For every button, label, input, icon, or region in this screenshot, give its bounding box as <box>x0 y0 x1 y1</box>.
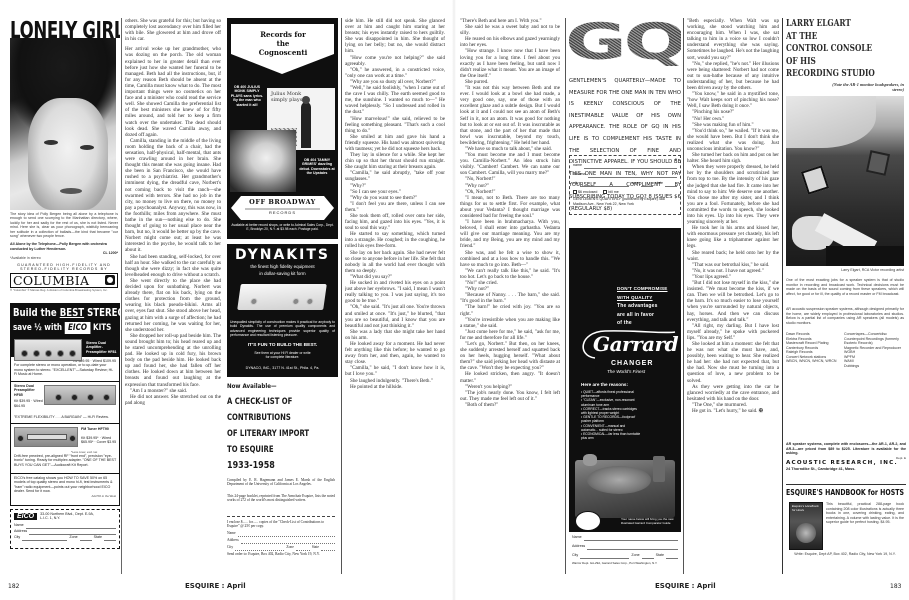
dynakits-tagline-2: in dollar-saving kit form <box>227 271 338 276</box>
end-of-story-icon: ✠ <box>759 408 763 414</box>
checklist-order-text: I enclose $...... for...... copies of th… <box>227 520 335 529</box>
garrard-logo: Garrard <box>575 328 679 360</box>
dynakits-address: DYNACO, INC., 3177 N. 41st St., Phila. 4… <box>227 366 338 370</box>
garrard-address-field[interactable]: Address <box>572 544 678 550</box>
ar-company: ACOUSTIC RESEARCH, INC. <box>786 460 906 466</box>
garrard-ad: DON'T COMPROMISE WITH QUALITY The advant… <box>569 228 681 574</box>
footer-magazine-right: ESQUIRE : April <box>655 582 755 592</box>
checklist-send-to: Send order to: Esquire, Box 402, Radio C… <box>227 552 335 556</box>
garrard-reason: • CONVENIENT—manual and automatic... sui… <box>581 424 643 432</box>
eico-hf81-desc: For complete stereo or mono operation, o… <box>14 363 116 376</box>
handbook-order: Write: Esquire, Dept AP, Box 402, Radio … <box>786 552 904 557</box>
checklist-kicker: Now Available— <box>227 382 321 390</box>
columbia-album-title: All Alone by the Telephone—Polly Bergen … <box>10 242 118 251</box>
page-182: LONELY GIRL The story idea of Polly Berg… <box>0 0 454 600</box>
ar-speaker-right <box>866 150 890 176</box>
ar-headline: LARRY ELGART AT THE CONTROL CONSOLE OF H… <box>786 18 882 81</box>
garrard-reasons-title: Here are the reasons: <box>581 382 628 387</box>
end-mark: He got in. "Let's hurry," he said. ✠ <box>687 408 779 414</box>
ar-subhead: (Note the AR-1 monitor loudspeakers, in … <box>826 82 904 92</box>
ar-speaker-left <box>801 165 829 195</box>
gq-subscription-coupon[interactable]: F name address cityzonestate $6 enclosed… <box>569 155 681 215</box>
checklist-title: A CHECK-LIST OF CONTRIBUTIONS OF LITERAR… <box>227 394 316 474</box>
eico-subheadline: save ½ with EICO KITS <box>13 323 101 333</box>
garrard-reasons-list: • QUIET—affords finest professional perf… <box>581 390 643 440</box>
garrard-coupon[interactable]: Name Address CityZoneState Warrior Dept.… <box>569 532 681 574</box>
checklist-body-2: This 24-page booklet, reprinted from The… <box>227 494 335 503</box>
polly-bergen-photo <box>10 38 116 210</box>
drop-cap-paragraph: Her arrival woke up her grandmother, who… <box>125 46 221 137</box>
ar-body-2: AR acoustic suspension speaker systems, … <box>786 307 904 325</box>
garrard-seal-icon <box>575 511 601 531</box>
eico-hf81-name: Stereo Dual Amplifier-Preamplifier HF81 <box>86 341 118 354</box>
ar-companies-right: Concertapes—Concertdisc Counterpoint Rec… <box>844 332 904 368</box>
eico-hft90-desc: Drift-free prewired, pre-aligned RF "fro… <box>14 454 118 467</box>
ar-companies: Dawn Records Elektra Records Mastercraft… <box>786 332 904 368</box>
column-rule <box>121 18 122 574</box>
eico-hft90-price: Kit $39.95* · Wired $65.95* · Cover $3.9… <box>81 436 117 445</box>
garrard-reason: • GENTLE TO RECORDS—foolproof pusher pla… <box>581 415 643 423</box>
dynakits-body: Unequalled simplicity of construction ma… <box>230 320 335 337</box>
off-broadway-item-2: OB 404 TAMMY GRIMES' dazzling debut. Dow… <box>299 158 335 176</box>
garrard-reason: • QUIET—affords finest professional perf… <box>581 390 643 398</box>
gq-name-field[interactable]: name <box>573 163 677 169</box>
checklist-coupon[interactable]: I enclose $...... for...... copies of th… <box>227 516 335 566</box>
ar-address: 24 Thorndike St., Cambridge 41, Mass. <box>786 467 906 471</box>
gq-ad: GQ GENTLEMEN'S QUARTERLY—MADE TO MEASURE… <box>569 18 681 218</box>
off-broadway-brand: OFF BROADWAY <box>231 198 334 206</box>
eico-hft90-name: FM Tuner HFT90 <box>81 427 117 431</box>
story-column-4: "Beth especially. When Walt was up worki… <box>687 18 779 574</box>
columbia-brand: COLUMBIA <box>13 273 89 288</box>
eico-hf81-amplifier-image <box>14 339 82 361</box>
gq-bill-me-checkbox[interactable]: bill me <box>603 190 618 194</box>
tammy-grimes-photo <box>230 130 296 192</box>
garrard-city-field[interactable]: CityZoneState <box>572 553 678 559</box>
cognoscenti-banner: Records for the Cognoscenti <box>231 24 334 76</box>
off-broadway-footer: Available at better record shops, or wri… <box>231 223 334 231</box>
page-183: "There's Beth and here am I. With you." … <box>455 0 909 600</box>
off-broadway-item-1: OB 400 JULIUS MONK SIMPLY PLAYS sans lyr… <box>230 85 264 107</box>
ar-companies-left: Dawn Records Elektra Records Mastercraft… <box>786 332 844 368</box>
garrard-coupon-note: Your name below will bring you the new i… <box>621 518 677 526</box>
ar-body-1: One of the most exacting jobs for a spea… <box>786 278 904 296</box>
handbook-title: ESQUIRE'S HANDBOOK for HOSTS <box>786 488 880 497</box>
story-column-3: "There's Beth and here am I. With you." … <box>460 18 560 574</box>
garrard-reason: • CORRECT—tracks stereo cartridges with … <box>581 407 643 415</box>
handbook-body: This beautiful, practical 288-page book … <box>826 502 904 525</box>
eico-hf85-price: Kit $39.95 · Wired $64.95 <box>14 399 44 408</box>
eico-hft90-section: FM Tuner HFT90 Kit $39.95* · Wired $65.9… <box>10 424 120 474</box>
column-rule <box>565 18 566 574</box>
columbia-ad: The story idea of Polly Bergen being all… <box>10 212 118 306</box>
gq-logo: GQ <box>569 18 681 66</box>
section-divider <box>786 484 906 485</box>
ar-footer-block: AR speaker systems, complete with enclos… <box>786 442 906 482</box>
eico-coupon-city-field[interactable]: CityZoneState <box>14 535 116 541</box>
eico-headline: Build the BEST STEREO <box>13 306 94 319</box>
gq-publisher: GENTLEMEN'S QUARTERLY (published by Esqu… <box>573 197 677 206</box>
acoustic-research-ad: LARRY ELGART AT THE CONTROL CONSOLE OF H… <box>786 18 906 388</box>
handbook-ad: ESQUIRE'S HANDBOOK for HOSTS Esquire's H… <box>786 488 906 580</box>
eico-hf85-preamp-image <box>44 385 116 405</box>
larry-elgart-studio-photo <box>786 96 904 266</box>
garrard-tagline: The World's Finest <box>607 369 645 374</box>
column-rule <box>341 18 342 574</box>
columbia-logo-box: COLUMBIA <box>10 273 118 288</box>
eico-catalog-section: EICO's free catalog shows you HOW TO SAV… <box>10 474 120 506</box>
garrard-turntable-image <box>575 460 675 518</box>
garrard-intro: DON'T COMPROMISE WITH QUALITY The advant… <box>617 285 679 328</box>
ar-pricing: AR speaker systems, complete with enclos… <box>786 442 906 456</box>
columbia-ad-body: The story idea of Polly Bergen being all… <box>10 212 118 238</box>
columbia-tagline: GUARANTEED HIGH-FIDELITY AND STEREO-FIDE… <box>10 263 118 272</box>
dynakits-ad: DYNAKITS the finest high fidelity equipm… <box>227 244 338 377</box>
garrard-brand: Garrard <box>593 332 678 356</box>
dynakits-tagline-1: the finest high fidelity equipment <box>227 264 338 269</box>
ar-photo-caption: Larry Elgart, RCA Victor recording artis… <box>786 268 904 272</box>
dynakits-cta: See them at your Hi Fi dealer or write f… <box>252 351 313 360</box>
eico-hf85-desc: "EXTREME FLEXIBILITY . . . A BARGAIN" — … <box>14 415 118 419</box>
column-rule <box>782 18 783 574</box>
columbia-note: *Available in stereo <box>10 256 118 260</box>
checklist-city-field[interactable]: CityZoneState <box>227 545 335 551</box>
off-broadway-logo-banner: OFF BROADWAY RECORDS <box>231 196 334 220</box>
columbia-fine-print: ® "Columbia" ® Marcas Reg. A division of… <box>10 289 118 293</box>
off-broadway-sub: RECORDS <box>231 210 334 215</box>
page-number-left: 182 <box>8 583 38 593</box>
column-rule <box>683 18 684 574</box>
cognoscenti-headline: Records for the Cognoscenti <box>253 30 313 57</box>
gq-logo-text: GQ <box>569 18 681 66</box>
dynakits-slogan: IT'S FUN TO BUILD THE BEST. <box>227 343 338 348</box>
page-number-right: 183 <box>890 583 908 593</box>
checklist-ad: Now Available— A CHECK-LIST OF CONTRIBUT… <box>227 382 338 574</box>
garrard-reason: • "CLEAN"—exclusive, non-resonant alumin… <box>581 398 643 406</box>
eico-coupon-address: 33-00 Northern Blvd., Dept. E-9A, L.I.C.… <box>40 512 100 521</box>
garrard-product: CHANGER <box>611 360 653 367</box>
story-column-1: others. She was grateful for this; but h… <box>125 18 221 574</box>
gq-enclosed-checkbox[interactable]: $6 enclosed <box>573 190 597 194</box>
handbook-price: $4.95. <box>881 520 891 524</box>
off-broadway-ad: Records for the Cognoscenti OB 400 JULIU… <box>227 18 338 239</box>
gq-coupon-mark: F <box>573 158 677 162</box>
gq-address-field[interactable]: address <box>573 172 677 178</box>
dynakits-brand: DYNAKITS <box>227 247 338 263</box>
checklist-address-field[interactable]: Address <box>227 538 335 544</box>
eico-catalog-offer: EICO's free catalog shows you HOW TO SAV… <box>14 476 116 494</box>
eico-coupon-logo: EICO <box>14 513 37 520</box>
gq-payment-options: $6 enclosed bill me <box>573 190 677 194</box>
dynakits-amplifier-image <box>237 284 327 310</box>
footer-magazine-left: ESQUIRE : April <box>185 582 285 592</box>
eico-hft90-tuner-image <box>14 427 78 447</box>
garrard-name-field[interactable]: Name <box>572 535 678 541</box>
garrard-reason: • ECONOMICAL—far less than turntable plu… <box>581 432 643 440</box>
story-column-2: side him. He still did not speak. She gl… <box>345 18 445 574</box>
eico-catalog-note: Add 5% in the West <box>14 494 116 498</box>
eico-logo: EICO <box>65 322 91 334</box>
eico-coupon[interactable]: EICO 33-00 Northern Blvd., Dept. E-9A, L… <box>10 509 120 549</box>
gq-city-field[interactable]: cityzonestate <box>573 181 677 187</box>
checklist-body-1: Compiled by E. R. Hagemann and James E. … <box>227 478 335 487</box>
checklist-name-field[interactable]: Name <box>227 531 335 537</box>
eico-headline-box: Build the BEST STEREO save ½ with EICO K… <box>10 303 120 357</box>
handbook-book-cover: Esquire's Handbook for Hosts <box>789 502 823 550</box>
eico-hf85-name: Stereo Dual Preamplifier HF85 <box>14 384 42 397</box>
eico-hf85-section: Stereo Dual Preamplifier HF85 Kit $39.95… <box>10 382 120 424</box>
columbia-mic-icon <box>105 275 115 285</box>
eico-ad: Build the BEST STEREO save ½ with EICO K… <box>10 303 120 580</box>
garrard-address: Warrior Dept. GA-29A, Garrard Sales Corp… <box>572 561 678 565</box>
